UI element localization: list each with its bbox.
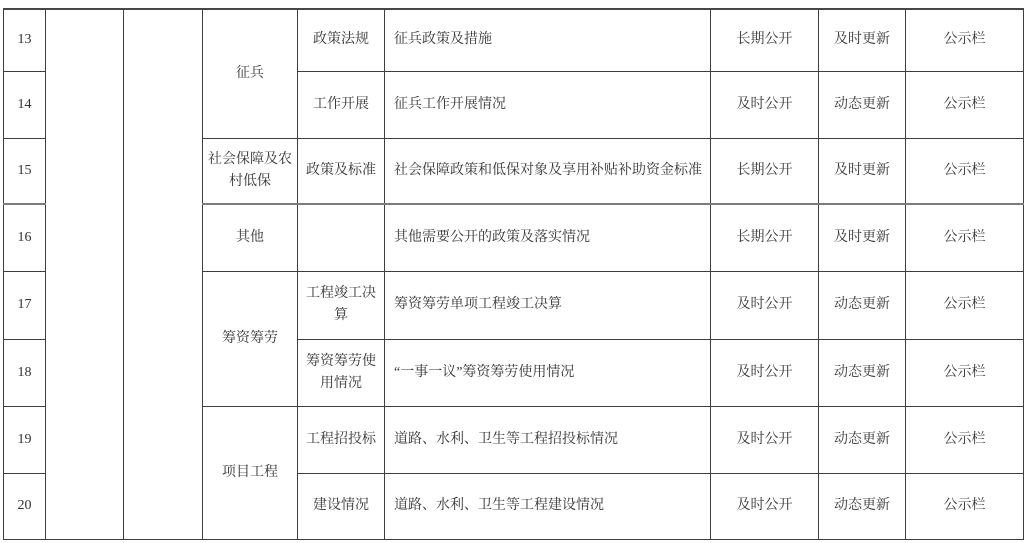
update-frequency-cell: 动态更新	[819, 406, 906, 473]
content-cell: 道路、水利、卫生等工程招投标情况	[385, 406, 711, 473]
row-number-cell: 15	[4, 138, 46, 204]
content-cell: “一事一议”筹资筹劳使用情况	[385, 339, 711, 406]
update-frequency-cell: 及时更新	[819, 9, 906, 71]
channel-cell: 公示栏	[906, 138, 1024, 204]
subcategory-cell: 工程招投标	[298, 406, 385, 473]
channel-cell: 公示栏	[906, 406, 1024, 473]
channel-cell: 公示栏	[906, 271, 1024, 339]
row-number-cell: 16	[4, 204, 46, 271]
row-number-cell: 13	[4, 9, 46, 71]
empty-cell-col2	[46, 9, 124, 539]
content-cell: 征兵工作开展情况	[385, 71, 711, 138]
disclosure-term-cell: 及时公开	[711, 71, 819, 138]
subcategory-cell: 政策法规	[298, 9, 385, 71]
content-cell: 筹资筹劳单项工程竣工决算	[385, 271, 711, 339]
disclosure-term-cell: 长期公开	[711, 9, 819, 71]
table-row: 13 征兵 政策法规 征兵政策及措施 长期公开 及时更新 公示栏	[4, 9, 1024, 71]
subcategory-cell: 政策及标准	[298, 138, 385, 204]
channel-cell: 公示栏	[906, 473, 1024, 539]
update-frequency-cell: 动态更新	[819, 473, 906, 539]
subcategory-cell-empty	[298, 204, 385, 271]
content-cell: 征兵政策及措施	[385, 9, 711, 71]
category-cell: 社会保障及农村低保	[203, 138, 298, 204]
empty-cell-col3	[124, 9, 203, 539]
subcategory-cell: 筹资筹劳使用情况	[298, 339, 385, 406]
category-cell: 筹资筹劳	[203, 271, 298, 406]
category-cell: 其他	[203, 204, 298, 271]
content-cell: 其他需要公开的政策及落实情况	[385, 204, 711, 271]
channel-cell: 公示栏	[906, 204, 1024, 271]
update-frequency-cell: 动态更新	[819, 71, 906, 138]
update-frequency-cell: 及时更新	[819, 204, 906, 271]
channel-cell: 公示栏	[906, 71, 1024, 138]
content-cell: 社会保障政策和低保对象及享用补贴补助资金标准	[385, 138, 711, 204]
update-frequency-cell: 动态更新	[819, 271, 906, 339]
disclosure-term-cell: 长期公开	[711, 204, 819, 271]
disclosure-term-cell: 及时公开	[711, 271, 819, 339]
row-number-cell: 19	[4, 406, 46, 473]
subcategory-cell: 工作开展	[298, 71, 385, 138]
disclosure-term-cell: 长期公开	[711, 138, 819, 204]
row-number-cell: 18	[4, 339, 46, 406]
row-number-cell: 14	[4, 71, 46, 138]
disclosure-items-table: 13 征兵 政策法规 征兵政策及措施 长期公开 及时更新 公示栏 14 工作开展…	[3, 8, 1024, 540]
channel-cell: 公示栏	[906, 339, 1024, 406]
subcategory-cell: 建设情况	[298, 473, 385, 539]
update-frequency-cell: 动态更新	[819, 339, 906, 406]
row-number-cell: 20	[4, 473, 46, 539]
channel-cell: 公示栏	[906, 9, 1024, 71]
row-number-cell: 17	[4, 271, 46, 339]
subcategory-cell: 工程竣工决算	[298, 271, 385, 339]
disclosure-term-cell: 及时公开	[711, 473, 819, 539]
category-cell: 项目工程	[203, 406, 298, 539]
content-cell: 道路、水利、卫生等工程建设情况	[385, 473, 711, 539]
update-frequency-cell: 及时更新	[819, 138, 906, 204]
disclosure-term-cell: 及时公开	[711, 406, 819, 473]
disclosure-term-cell: 及时公开	[711, 339, 819, 406]
category-cell: 征兵	[203, 9, 298, 138]
